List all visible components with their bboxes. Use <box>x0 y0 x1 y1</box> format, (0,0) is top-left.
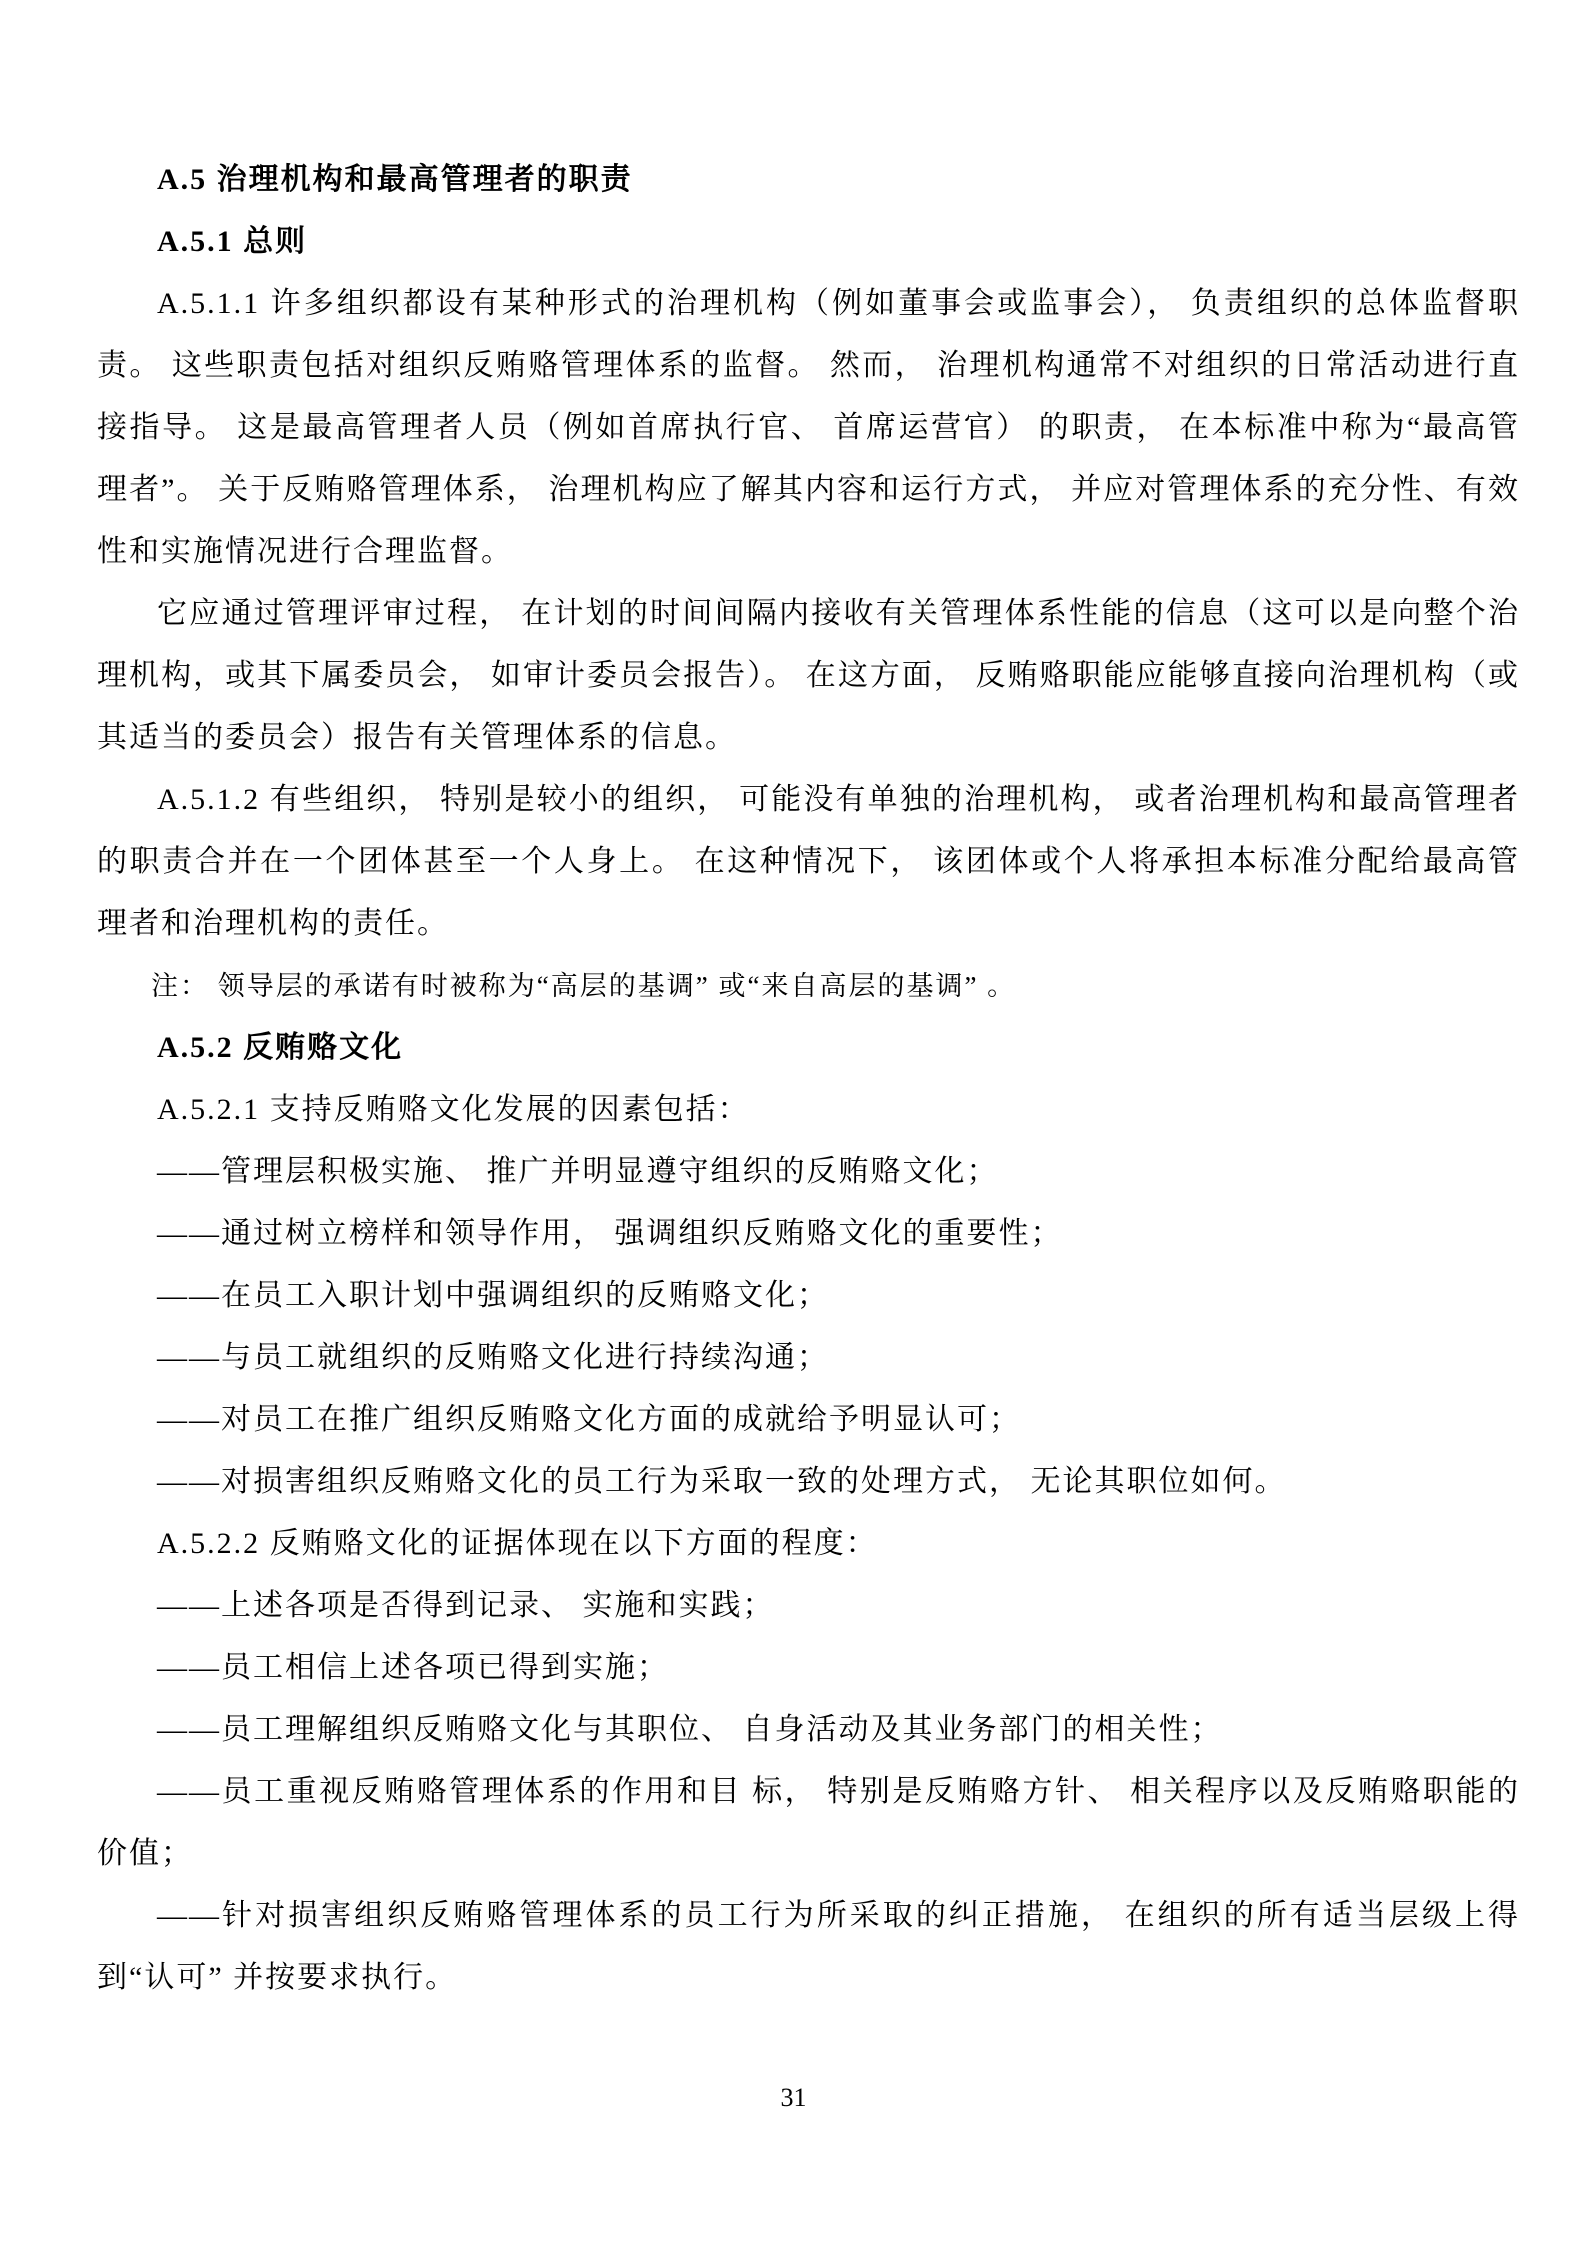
list-item-a522-1: ——上述各项是否得到记录、 实施和实践； <box>97 1575 1520 1637</box>
list-item-a521-4: ——与员工就组织的反贿赂文化进行持续沟通； <box>97 1327 1520 1389</box>
page-number: 31 <box>0 2078 1587 2118</box>
section-heading-a51: A.5.1 总则 <box>97 211 1520 273</box>
list-item-a522-5: ——针对损害组织反贿赂管理体系的员工行为所采取的纠正措施， 在组织的所有适当层级… <box>97 1885 1520 2009</box>
note-paragraph: 注： 领导层的承诺有时被称为“高层的基调” 或“来自高层的基调” 。 <box>97 955 1520 1017</box>
clause-a512-paragraph: A.5.1.2 有些组织， 特别是较小的组织， 可能没有单独的治理机构， 或者治… <box>97 769 1520 955</box>
clause-a522-paragraph: A.5.2.2 反贿赂文化的证据体现在以下方面的程度： <box>97 1513 1520 1575</box>
list-item-a521-6: ——对损害组织反贿赂文化的员工行为采取一致的处理方式， 无论其职位如何。 <box>97 1451 1520 1513</box>
document-page: A.5 治理机构和最高管理者的职责 A.5.1 总则 A.5.1.1 许多组织都… <box>0 0 1587 2245</box>
list-item-a521-1: ——管理层积极实施、 推广并明显遵守组织的反贿赂文化； <box>97 1141 1520 1203</box>
list-item-a522-2: ——员工相信上述各项已得到实施； <box>97 1637 1520 1699</box>
list-item-a521-5: ——对员工在推广组织反贿赂文化方面的成就给予明显认可； <box>97 1389 1520 1451</box>
list-item-a522-3: ——员工理解组织反贿赂文化与其职位、 自身活动及其业务部门的相关性； <box>97 1699 1520 1761</box>
list-item-a522-4: ——员工重视反贿赂管理体系的作用和目 标， 特别是反贿赂方针、 相关程序以及反贿… <box>97 1761 1520 1885</box>
list-item-a521-2: ——通过树立榜样和领导作用， 强调组织反贿赂文化的重要性； <box>97 1203 1520 1265</box>
management-review-paragraph: 它应通过管理评审过程， 在计划的时间间隔内接收有关管理体系性能的信息（这可以是向… <box>97 583 1520 769</box>
section-heading-a52: A.5.2 反贿赂文化 <box>97 1017 1520 1079</box>
document-body: A.5 治理机构和最高管理者的职责 A.5.1 总则 A.5.1.1 许多组织都… <box>97 149 1520 2009</box>
clause-a521-paragraph: A.5.2.1 支持反贿赂文化发展的因素包括： <box>97 1079 1520 1141</box>
list-item-a521-3: ——在员工入职计划中强调组织的反贿赂文化； <box>97 1265 1520 1327</box>
clause-a511-paragraph: A.5.1.1 许多组织都设有某种形式的治理机构（例如董事会或监事会）， 负责组… <box>97 273 1520 583</box>
section-heading-a5: A.5 治理机构和最高管理者的职责 <box>97 149 1520 211</box>
